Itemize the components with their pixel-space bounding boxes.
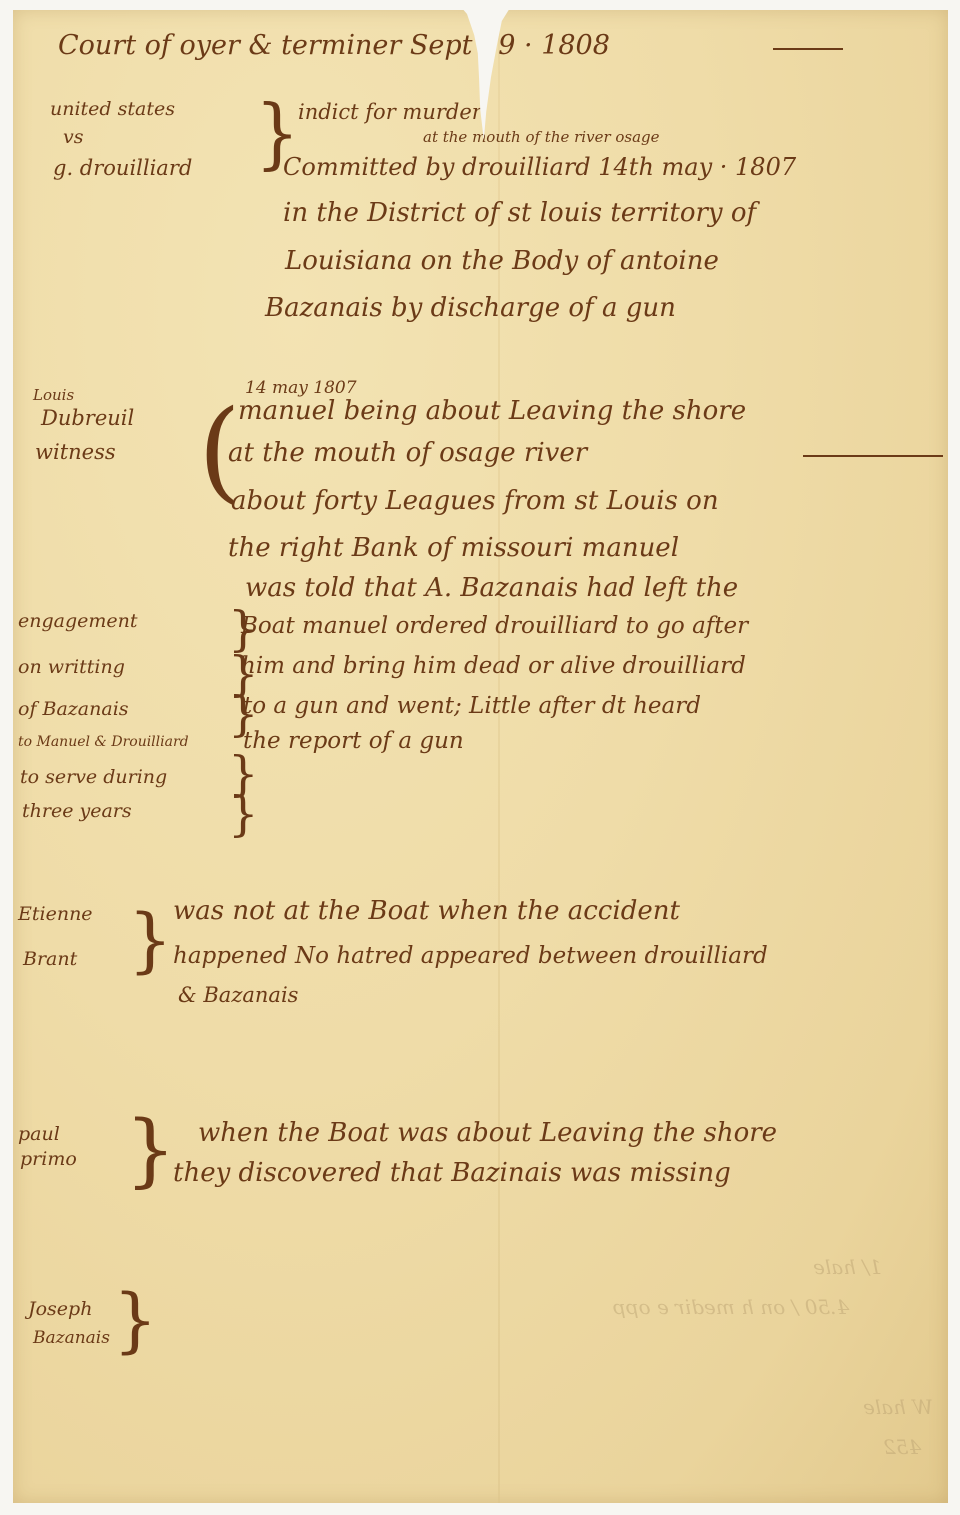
margin-note: to serve during — [20, 768, 167, 787]
testimony-line: the report of a gun — [243, 730, 464, 753]
testimony-line: at the mouth of osage river — [228, 440, 587, 466]
witness-name: Joseph — [28, 1300, 92, 1319]
witness-brace: } — [128, 905, 173, 975]
witness-brace: } — [125, 1110, 176, 1190]
testimony-line: they discovered that Bazinais was missin… — [173, 1160, 731, 1186]
testimony-line: when the Boat was about Leaving the shor… — [198, 1120, 777, 1146]
bleed-through-text: 4.50 / on h medir e opp — [613, 1295, 849, 1319]
testimony-line: & Bazanais — [178, 985, 298, 1006]
testimony-line: the right Bank of missouri manuel — [228, 535, 679, 561]
charge-line: indict for murder — [298, 102, 482, 123]
charge-line: in the District of st louis territory of — [283, 200, 756, 226]
case-versus: vs — [63, 128, 83, 147]
testimony-date: 14 may 1807 — [245, 380, 357, 397]
testimony-line: to a gun and went; Little after dt heard — [243, 695, 701, 718]
testimony-line: Boat manuel ordered drouilliard to go af… — [241, 615, 748, 638]
margin-note: on writting — [18, 658, 125, 677]
margin-brace: } — [228, 690, 259, 738]
margin-note: three years — [22, 802, 132, 821]
witness-name: Bazanais — [33, 1330, 110, 1347]
testimony-line: about forty Leagues from st Louis on — [231, 488, 719, 514]
witness-name: Louis — [33, 388, 74, 403]
header-rule — [773, 48, 843, 50]
testimony-line: was told that A. Bazanais had left the — [245, 575, 738, 601]
margin-note: to Manuel & Drouilliard — [18, 735, 189, 749]
document-header: Court of oyer & terminer Sept 19 · 1808 — [58, 32, 610, 59]
fold-crease — [498, 10, 500, 1503]
case-plaintiff: united states — [50, 100, 175, 119]
charge-line: Bazanais by discharge of a gun — [265, 295, 676, 321]
case-defendant: g. drouilliard — [53, 158, 192, 179]
witness-name: paul — [18, 1125, 60, 1144]
bleed-through-text: W hale — [863, 1395, 933, 1419]
margin-note: engagement — [18, 612, 138, 631]
testimony-line: him and bring him dead or alive drouilli… — [241, 655, 746, 678]
margin-brace: } — [228, 790, 259, 838]
line-filler-rule — [803, 455, 943, 457]
bleed-through-text: 452 — [883, 1435, 921, 1459]
witness-name: primo — [20, 1150, 77, 1169]
charge-insert: at the mouth of the river osage — [423, 130, 660, 145]
witness-name: Brant — [23, 950, 77, 969]
manuscript-page: 1/ hale 4.50 / on h medir e opp W hale 4… — [13, 10, 948, 1503]
charge-line: Committed by drouilliard 14th may · 1807 — [283, 155, 796, 179]
testimony-line: happened No hatred appeared between drou… — [173, 945, 768, 968]
witness-brace: } — [113, 1285, 158, 1355]
charge-line: Louisiana on the Body of antoine — [285, 248, 719, 274]
witness-name: Etienne — [18, 905, 93, 924]
margin-note: of Bazanais — [18, 700, 129, 719]
bleed-through-text: 1/ hale — [813, 1255, 882, 1279]
testimony-line: was not at the Boat when the accident — [173, 898, 680, 924]
witness-name: Dubreuil — [41, 408, 134, 429]
witness-label: witness — [35, 442, 116, 463]
testimony-line: manuel being about Leaving the shore — [238, 398, 746, 424]
